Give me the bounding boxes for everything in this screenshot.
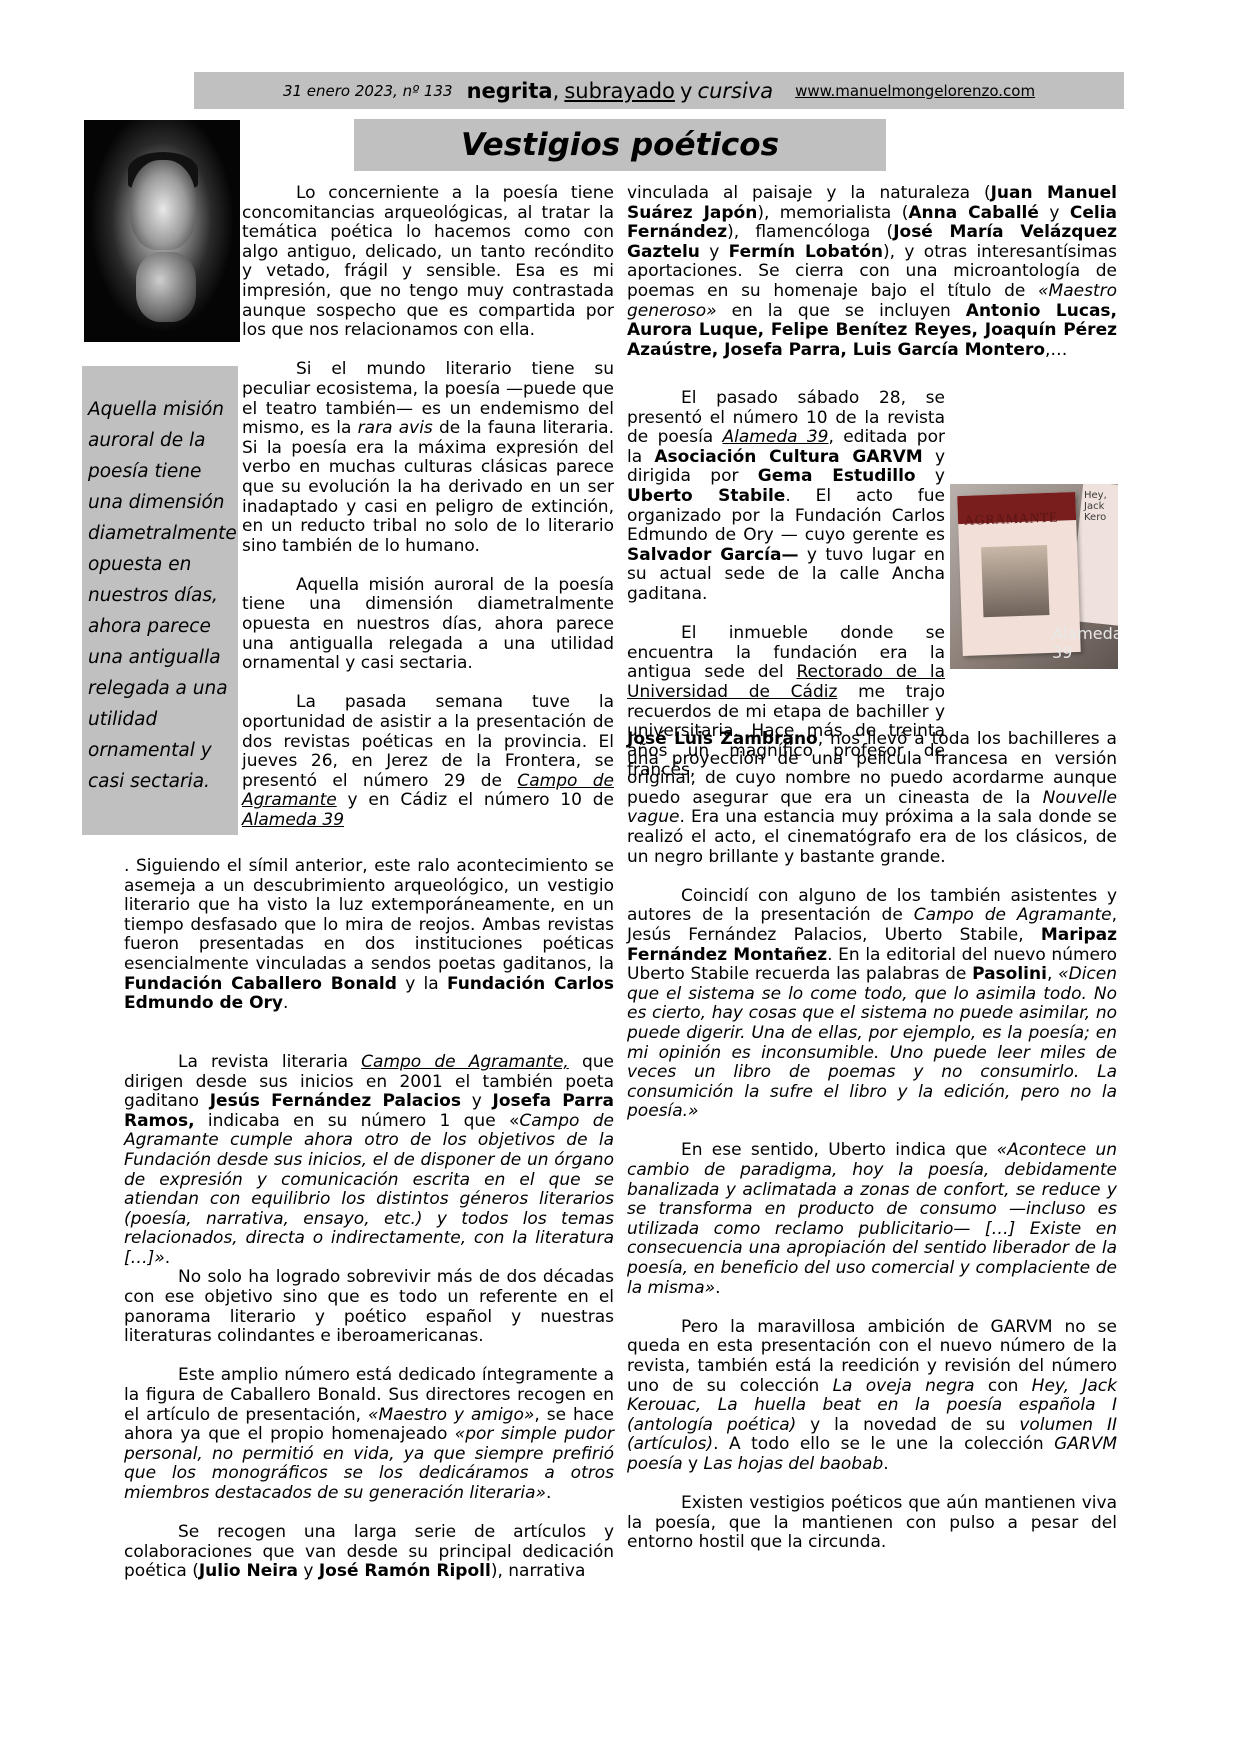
link-alameda-39[interactable]: Alameda 39 bbox=[242, 810, 344, 830]
portrait-hand bbox=[136, 252, 196, 322]
paragraph-3: Aquella misión auroral de la poesía tien… bbox=[242, 576, 614, 674]
header-format-legend: negrita, subrayado y cursiva bbox=[467, 79, 774, 103]
paragraph-15: Existen vestigios poéticos que aún manti… bbox=[627, 1494, 1117, 1553]
header-comma: , bbox=[553, 79, 560, 103]
paragraph-8: Se recogen una larga serie de artículos … bbox=[124, 1523, 614, 1582]
right-column-top: vinculada al paisaje y la naturaleza (Ju… bbox=[627, 184, 1117, 360]
paragraph-5: La revista literaria Campo de Agramante,… bbox=[124, 1053, 614, 1269]
paragraph-13: En ese sentido, Uberto indica que «Acont… bbox=[627, 1141, 1117, 1298]
title-box: Vestigios poéticos bbox=[354, 119, 886, 171]
link-alameda-39-2[interactable]: Alameda 39 bbox=[723, 427, 829, 447]
paragraph-9: vinculada al paisaje y la naturaleza (Ju… bbox=[627, 184, 1117, 360]
pull-quote: Aquella misión auroral de la poesía tien… bbox=[82, 366, 238, 835]
paragraph-12: Coincidí con alguno de los también asist… bbox=[627, 887, 1117, 1122]
paragraph-4-cont: . Siguiendo el símil anterior, este ralo… bbox=[124, 857, 614, 1014]
cover-portrait bbox=[981, 545, 1049, 617]
right-column-narrow: El pasado sábado 28, se presentó el núme… bbox=[627, 389, 945, 781]
magazines-photo: Hey, Jack Kero AGRAMANTE Alameda 39 bbox=[950, 484, 1118, 669]
paragraph-7: Este amplio número está dedicado íntegra… bbox=[124, 1366, 614, 1503]
author-portrait bbox=[84, 120, 240, 342]
paragraph-6: No solo ha logrado sobrevivir más de dos… bbox=[124, 1268, 614, 1346]
header-italic-word: cursiva bbox=[698, 79, 774, 103]
left-column-upper: Lo concerniente a la poesía tiene concom… bbox=[242, 184, 614, 831]
header-connector: y bbox=[680, 79, 692, 103]
article-title: Vestigios poéticos bbox=[461, 127, 779, 163]
paragraph-2: Si el mundo literario tiene su peculiar … bbox=[242, 360, 614, 556]
left-column-lower: . Siguiendo el símil anterior, este ralo… bbox=[124, 857, 614, 1582]
paragraph-1: Lo concerniente a la poesía tiene concom… bbox=[242, 184, 614, 341]
portrait-face bbox=[130, 160, 196, 250]
paragraph-4-start: La pasada semana tuve la oportunidad de … bbox=[242, 693, 614, 830]
paragraph-14: Pero la maravillosa ambición de GARVM no… bbox=[627, 1318, 1117, 1475]
paragraph-11-cont: José Luis Zambrano, nos llevó a toda los… bbox=[627, 730, 1117, 867]
paragraph-10: El pasado sábado 28, se presentó el núme… bbox=[627, 389, 945, 605]
header-bold-word: negrita bbox=[467, 79, 553, 103]
issue-date: 31 enero 2023, nº 133 bbox=[283, 82, 453, 100]
header-bar: 31 enero 2023, nº 133 negrita, subrayado… bbox=[194, 72, 1124, 109]
website-link[interactable]: www.manuelmongelorenzo.com bbox=[795, 82, 1035, 100]
right-column-lower: José Luis Zambrano, nos llevó a toda los… bbox=[627, 730, 1117, 1553]
header-underlined-word: subrayado bbox=[564, 79, 675, 103]
link-campo-de-agramante-2[interactable]: Campo de Agramante, bbox=[361, 1052, 569, 1072]
